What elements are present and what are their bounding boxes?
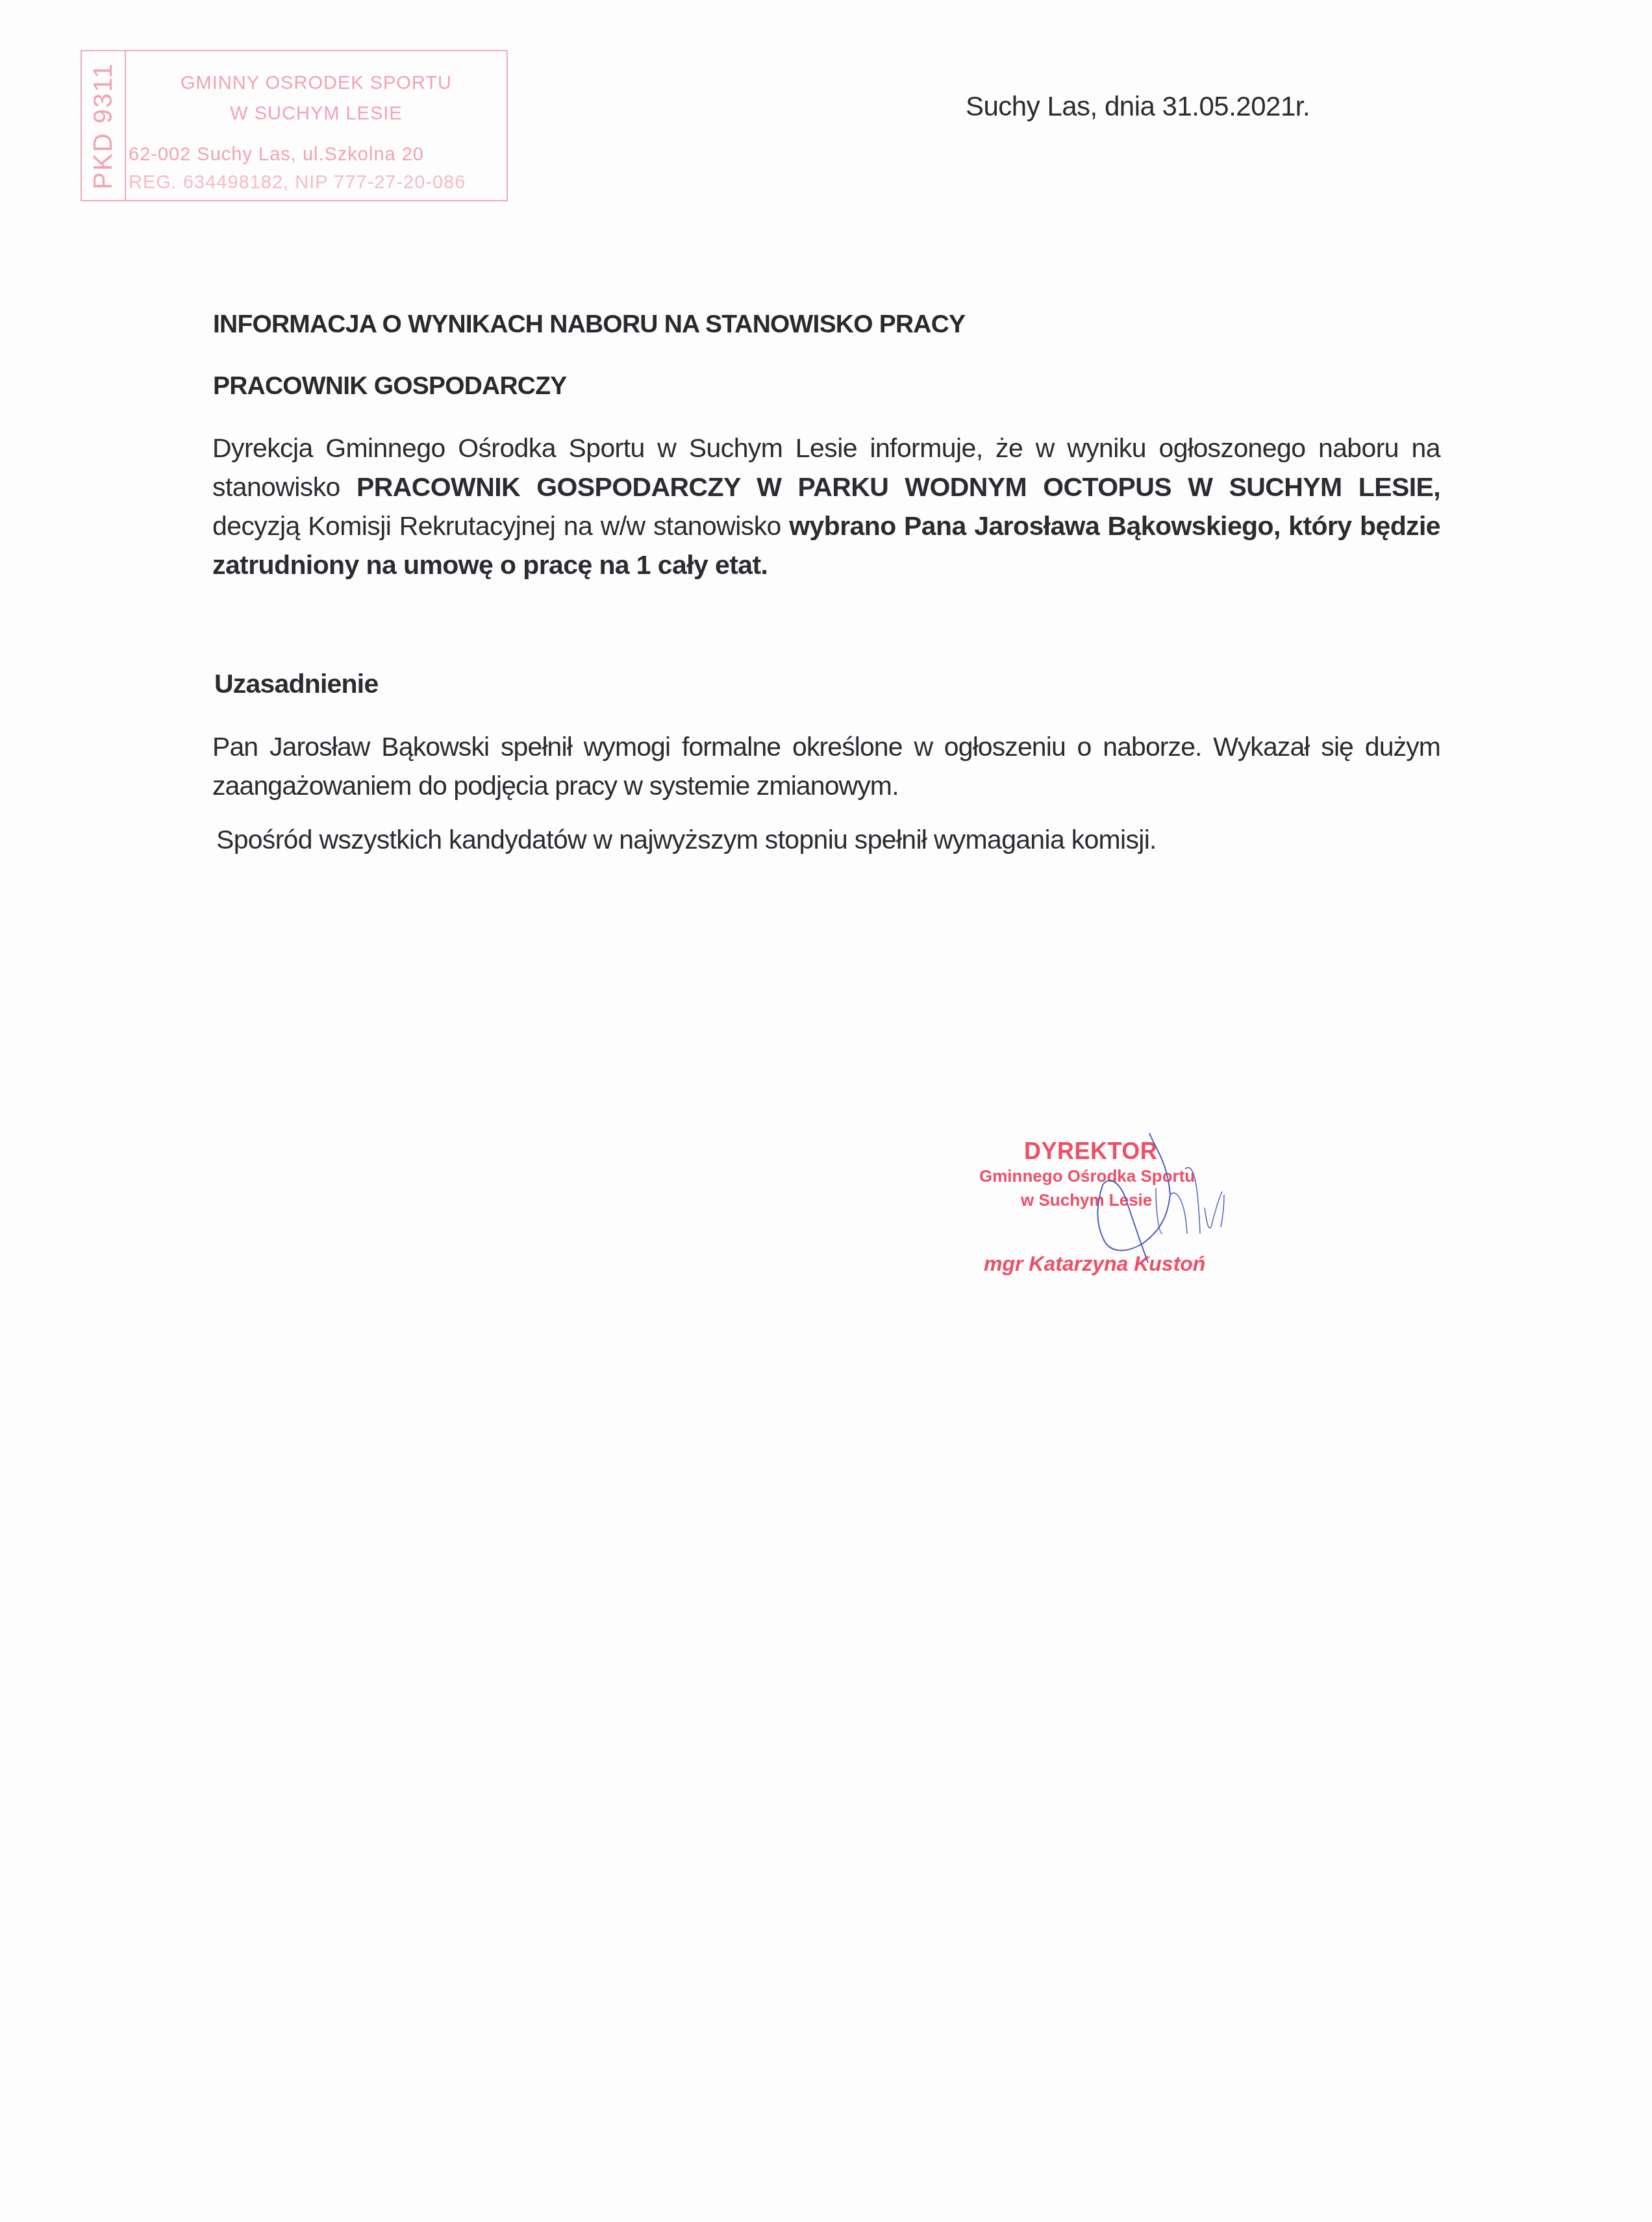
announcement-paragraph: Dyrekcja Gminnego Ośrodka Sportu w Suchy…: [212, 429, 1440, 584]
document-title: INFORMACJA O WYNIKACH NABORU NA STANOWIS…: [213, 310, 965, 339]
stamp-line-name: GMINNY OSRODEK SPORTU: [126, 73, 507, 94]
justification-heading: Uzasadnienie: [214, 669, 378, 699]
stamp-line-location: W SUCHYM LESIE: [126, 103, 507, 125]
director-signature-block: DYREKTOR Gminnego Ośrodka Sportu w Suchy…: [961, 1123, 1240, 1286]
stamp-pkd-code: PKD 9311: [82, 51, 125, 200]
handwritten-signature-icon: [961, 1123, 1240, 1286]
justification-paragraph: Pan Jarosław Bąkowski spełnił wymogi for…: [212, 727, 1440, 805]
justification-conclusion: Spośród wszystkich kandydatów w najwyższ…: [216, 825, 1157, 855]
announcement-text-2: decyzją Komisji Rekrutacyjnej na w/w sta…: [212, 511, 789, 541]
stamp-line-registration: REG. 634498182, NIP 777-27-20-086: [126, 172, 507, 193]
announcement-position-bold: PRACOWNIK GOSPODARCZY W PARKU WODNYM OCT…: [357, 472, 1440, 502]
document-date: Suchy Las, dnia 31.05.2021r.: [966, 91, 1310, 122]
position-title: PRACOWNIK GOSPODARCZY: [213, 372, 566, 401]
stamp-pkd-text: PKD 9311: [89, 62, 118, 189]
stamp-line-address: 62-002 Suchy Las, ul.Szkolna 20: [126, 144, 507, 166]
institution-stamp: PKD 9311 GMINNY OSRODEK SPORTU W SUCHYM …: [81, 50, 508, 201]
